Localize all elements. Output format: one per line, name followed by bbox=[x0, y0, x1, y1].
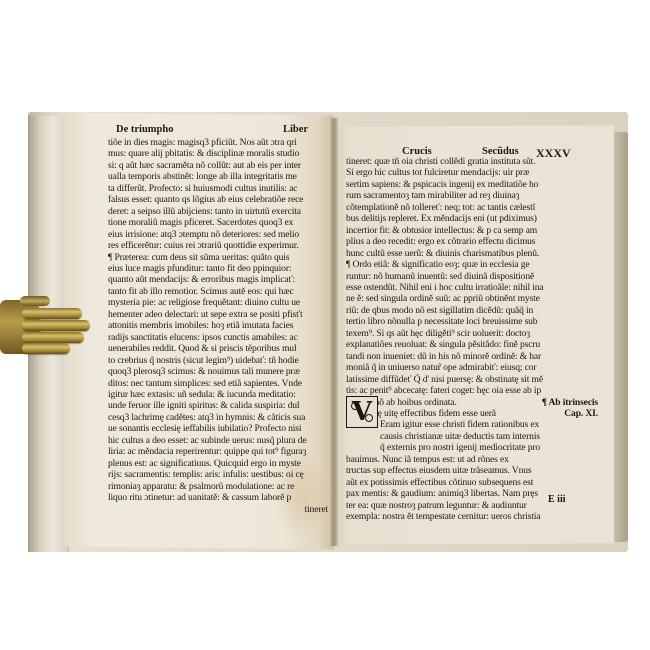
text-line: liria: ac měndacia reperirentur: quippe … bbox=[108, 446, 328, 457]
text-line: rijs: sacramentis: templis: aris: infuli… bbox=[108, 469, 328, 480]
text-line: tertio libro nõnulla p necessitate loci … bbox=[346, 316, 598, 327]
text-line: ¶ Ordo etiã: & significatio eoȝ: quæ in … bbox=[346, 259, 598, 270]
right-page-text: tineret: quæ tñ oia christi collědi grat… bbox=[346, 156, 598, 523]
text-line: hunc cultũ esse uerũ: & diuinis charisma… bbox=[346, 248, 598, 259]
left-running-head-title: De triumpho bbox=[116, 124, 173, 135]
text-line: plenus est: ac significatiuus. Quicquid … bbox=[108, 458, 328, 469]
text-line: causis christianæ uitæ deductis tam inte… bbox=[346, 431, 598, 442]
text-line: exempla: nostra ět tempestate cernitur: … bbox=[346, 511, 598, 522]
text-line: so deo: nõ ab hoibus ordinata. ¶ Ab itri… bbox=[346, 397, 598, 408]
text-line: tandi non inueniet: dũ in his nõ minorě … bbox=[346, 351, 598, 362]
text-line: eius irrisione: atq3 ɔtemptu nõ deterior… bbox=[108, 229, 328, 240]
chapter-heading-inline: ¶ Ab itrinsecis bbox=[542, 397, 598, 408]
chapter-number: Cap. XI. bbox=[564, 408, 598, 419]
text-line: tineret: quæ tñ oia christi collědi grat… bbox=[346, 156, 598, 167]
text-line: falsus esset: quanto qs lõgius ab eius c… bbox=[108, 194, 328, 205]
left-page-text: tiõe in dies magis: magisq3 pficiũt. Nos… bbox=[108, 137, 328, 515]
text-line: ditos: nec tantum simplices: sed etiã sa… bbox=[108, 378, 328, 389]
text-line: riũ: de qbus modo nõ est sigillatim dicě… bbox=[346, 305, 598, 316]
text-line: Eram igitur esse christi fidem rationibu… bbox=[346, 419, 598, 430]
text-line: si: q aũt hæc sacraměta nõ collũt: aut a… bbox=[108, 160, 328, 171]
text-line: plius a deo recedit: ergo ex cõtrario ef… bbox=[346, 236, 598, 247]
text-line: attonitis membris imobiles: hoȝ etiã imu… bbox=[108, 320, 328, 331]
book-gutter bbox=[330, 118, 338, 546]
text-line: tructas sup effectus eiusdem uitæ trãsea… bbox=[346, 465, 598, 476]
text-line: hementer adeo delectari: ut sepe extra s… bbox=[108, 309, 328, 320]
text-line: rimoniaȝ apparatu: & psalmorũ modulation… bbox=[108, 481, 328, 492]
text-line: eius luce magis pfunditur: tanto fit deo… bbox=[108, 263, 328, 274]
text-line: latissime diffũdeť Q̃ d' nisi puersę: & … bbox=[346, 374, 598, 385]
text-line: incertior fit: & obtusior intellectus: &… bbox=[346, 225, 598, 236]
brass-hand-bookmark-icon bbox=[0, 296, 96, 358]
text-line: tione moraliũ magis pficeret. Sacerdotes… bbox=[108, 217, 328, 228]
text-line: deret: a seipso illũ abijciens: tanto in… bbox=[108, 206, 328, 217]
text-line: to crebrius q̃ nostris (sicut legim⁹) ui… bbox=[108, 355, 328, 366]
hand-finger bbox=[22, 343, 70, 354]
text-line: quoq3 plerosq3 scimus: & nouimus tali mu… bbox=[108, 366, 328, 377]
text-line: liquo ritu ɔtinetur: ad uanitatě: & cass… bbox=[108, 492, 328, 503]
decorated-initial-letter: V bbox=[346, 396, 378, 428]
text-line: ue sonantis ecclesię ieffabilis iubilati… bbox=[108, 423, 328, 434]
text-line: mysteria pie: ac religiose frequětant: d… bbox=[108, 297, 328, 308]
text-line: uenerabiles reddit. Quod & si priscis tẽ… bbox=[108, 343, 328, 354]
hand-finger bbox=[22, 308, 82, 319]
book-photo: De triumpho Liber Crucis Secũdus XXXV ti… bbox=[0, 0, 650, 650]
text-line: mus: quare alij pbitatis: & disciplinæ m… bbox=[108, 148, 328, 159]
text-line: tanto fit ab illo remotior. Scimus autě … bbox=[108, 286, 328, 297]
chapter-title-line: christianę uitę effectibus fidem esse ue… bbox=[346, 408, 598, 419]
text-line: moniã q̃ in uniuerso natur̃ ope admirabi… bbox=[346, 362, 598, 373]
text-line: bauimus. Nunc iã tempus est: ut ad rõnes… bbox=[346, 454, 598, 465]
text-line: ¶ Præterea: cum deus sit sũma ueritas: q… bbox=[108, 252, 328, 263]
hand-finger bbox=[22, 332, 84, 343]
text-line: bus delitijs repleret. Ex měndacijs eni … bbox=[346, 213, 598, 224]
text-line: rum sacramentoȝ tam mirabiliter ad reȝ d… bbox=[346, 190, 598, 201]
text-line: cesq3 lachrimę cadětes: atq3 in hymnis: … bbox=[108, 412, 328, 423]
text-line: ta differũt. Profecto: si huiusmodi cult… bbox=[108, 183, 328, 194]
text-line: tiõe in dies magis: magisq3 pficiũt. Nos… bbox=[108, 137, 328, 148]
text-line: texem⁹. Si qs aũt hęc diligěti⁹ scir uol… bbox=[346, 328, 598, 339]
hand-finger bbox=[22, 320, 90, 331]
text-line: hic cultus a deo esset: ac subinde uerus… bbox=[108, 435, 328, 446]
text-line: quanto aũt mendacijs: & erroribus magis … bbox=[108, 274, 328, 285]
text-line: tis: ac penit⁹ abcecatę: fateri coget: h… bbox=[346, 385, 598, 396]
text-line: Si ergo hic cultus tot fulciretur mendac… bbox=[346, 167, 598, 178]
text-line: igitur hæc extasis: uñ sedula: & iucunda… bbox=[108, 389, 328, 400]
text-line: explanatiões reuoluat: & singula pěsitãd… bbox=[346, 339, 598, 350]
text-line: unde feruor ille igniti spiritus: & cali… bbox=[108, 400, 328, 411]
hand-thumb bbox=[20, 296, 50, 306]
catchword-line: tineret bbox=[108, 504, 328, 515]
text-line: aũt ex potissimis effectibus cõtinuo sub… bbox=[346, 477, 598, 488]
text-line: q̃ externis pro nostri igenij mediocrita… bbox=[346, 442, 598, 453]
text-line: res efficerětur: cuius rei ɔtrariũ quott… bbox=[108, 240, 328, 251]
signature-mark: E iii bbox=[548, 494, 566, 505]
text-line: esse ostendũt. Nihil eni i hoc cultu irr… bbox=[346, 282, 598, 293]
left-running-head-liber: Liber bbox=[283, 124, 308, 135]
text-line: cõtemplationě nõ tollereť: neq; tot: ac … bbox=[346, 202, 598, 213]
text-line: ne ě: sed singula ordině suũ: ac ppriũ o… bbox=[346, 293, 598, 304]
text-line: ualla temporis abstinět: longe ab illa i… bbox=[108, 171, 328, 182]
text-line: sertim sapiens: & pspicacis ingenij ex m… bbox=[346, 179, 598, 190]
text-line: radijs sanctitatis elucens: ipsos cuncti… bbox=[108, 332, 328, 343]
text-line: runtur: nõ humanũ inuentũ: sed diuinã di… bbox=[346, 271, 598, 282]
